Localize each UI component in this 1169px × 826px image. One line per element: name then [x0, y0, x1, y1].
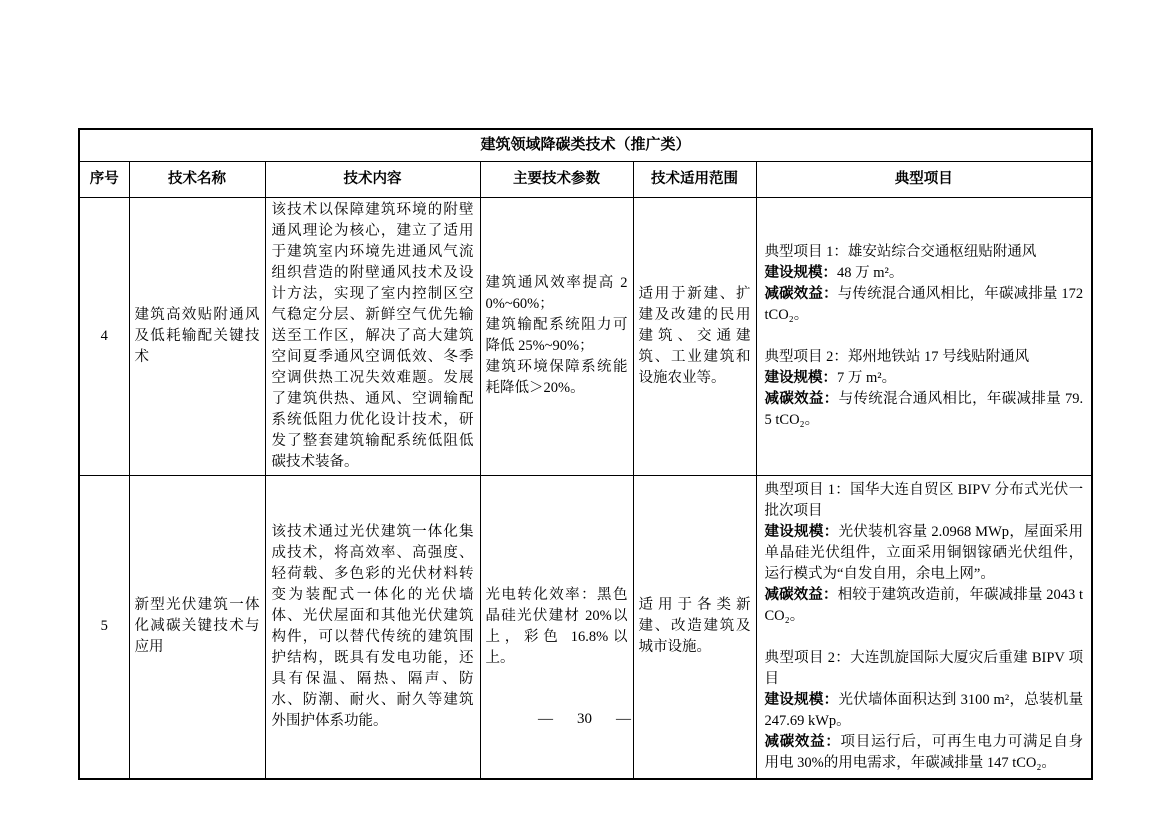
col-header-tech-name: 技术名称 [129, 161, 265, 197]
typical-project: 典型项目 2：郑州地铁站 17 号线贴附通风 建设规模：7 万 m²。 减碳效益… [765, 347, 1084, 431]
carbon-reduction-tech-table: 建筑领域降碳类技术（推广类） 序号 技术名称 技术内容 主要技术参数 技术适用范… [78, 128, 1093, 780]
project-title: 典型项目 2：大连凯旋国际大厦灾后重建 BIPV 项目 [765, 648, 1084, 690]
cell-row-number: 4 [79, 197, 129, 475]
scale-label: 建设规模： [765, 692, 839, 708]
cell-row-number: 5 [79, 475, 129, 779]
col-header-tech-scope: 技术适用范围 [633, 161, 756, 197]
cell-tech-name: 建筑高效贴附通风及低耗输配关键技术 [129, 197, 265, 475]
col-header-tech-params: 主要技术参数 [480, 161, 633, 197]
project-benefit-line: 减碳效益：与传统混合通风相比，年碳减排量 79.5 tCO₂。 [765, 389, 1084, 431]
table-row: 5 新型光伏建筑一体化减碳关键技术与应用 该技术通过光伏建筑一体化集成技术，将高… [79, 475, 1092, 779]
benefit-label: 减碳效益： [765, 391, 839, 407]
project-benefit-line: 减碳效益：相较于建筑改造前，年碳减排量 2043 tCO₂。 [765, 585, 1084, 627]
project-title: 典型项目 1：雄安站综合交通枢纽贴附通风 [765, 242, 1084, 263]
project-title: 典型项目 1：国华大连自贸区 BIPV 分布式光伏一批次项目 [765, 480, 1084, 522]
col-header-no: 序号 [79, 161, 129, 197]
col-header-typical-projects: 典型项目 [756, 161, 1092, 197]
project-title: 典型项目 2：郑州地铁站 17 号线贴附通风 [765, 347, 1084, 368]
param-line: 建筑通风效率提高 20%~60%； [486, 273, 628, 315]
project-scale-line: 建设规模：7 万 m²。 [765, 368, 1084, 389]
project-scale-line: 建设规模：光伏装机容量 2.0968 MWp，屋面采用单晶硅光伏组件，立面采用铜… [765, 522, 1084, 585]
typical-project: 典型项目 1：国华大连自贸区 BIPV 分布式光伏一批次项目 建设规模：光伏装机… [765, 480, 1084, 627]
scale-label: 建设规模： [765, 524, 839, 540]
scale-value: 48 万 m²。 [837, 265, 903, 281]
table-title: 建筑领域降碳类技术（推广类） [79, 129, 1092, 161]
table-title-row: 建筑领域降碳类技术（推广类） [79, 129, 1092, 161]
param-line: 光电转化效率：黑色晶硅光伏建材 20%以上，彩色 16.8%以上。 [486, 585, 628, 669]
page-number: —30— [0, 711, 1169, 728]
page-number-value: 30 [577, 711, 592, 727]
param-line: 建筑输配系统阻力可降低 25%~90%； [486, 315, 628, 357]
typical-project: 典型项目 1：雄安站综合交通枢纽贴附通风 建设规模：48 万 m²。 减碳效益：… [765, 242, 1084, 326]
scale-label: 建设规模： [765, 370, 838, 386]
scale-label: 建设规模： [765, 265, 838, 281]
param-line: 建筑环境保障系统能耗降低＞20%。 [486, 357, 628, 399]
table-row: 4 建筑高效贴附通风及低耗输配关键技术 该技术以保障建筑环境的附壁通风理论为核心… [79, 197, 1092, 475]
cell-tech-scope: 适用于新建、扩建及改建的民用建筑、交通建筑、工业建筑和设施农业等。 [633, 197, 756, 475]
benefit-label: 减碳效益： [765, 587, 838, 603]
page-number-left-dash: — [538, 711, 553, 727]
cell-typical-projects: 典型项目 1：国华大连自贸区 BIPV 分布式光伏一批次项目 建设规模：光伏装机… [756, 475, 1092, 779]
cell-tech-content: 该技术通过光伏建筑一体化集成技术，将高效率、高强度、轻荷载、多色彩的光伏材料转变… [265, 475, 480, 779]
cell-typical-projects: 典型项目 1：雄安站综合交通枢纽贴附通风 建设规模：48 万 m²。 减碳效益：… [756, 197, 1092, 475]
cell-tech-name: 新型光伏建筑一体化减碳关键技术与应用 [129, 475, 265, 779]
document-page: 建筑领域降碳类技术（推广类） 序号 技术名称 技术内容 主要技术参数 技术适用范… [0, 0, 1169, 826]
project-benefit-line: 减碳效益：项目运行后，可再生电力可满足自身用电 30%的用电需求，年碳减排量 1… [765, 732, 1084, 774]
cell-tech-params: 光电转化效率：黑色晶硅光伏建材 20%以上，彩色 16.8%以上。 [480, 475, 633, 779]
cell-tech-params: 建筑通风效率提高 20%~60%； 建筑输配系统阻力可降低 25%~90%； 建… [480, 197, 633, 475]
cell-tech-scope: 适用于各类新建、改造建筑及城市设施。 [633, 475, 756, 779]
scale-value: 7 万 m²。 [837, 370, 896, 386]
benefit-label: 减碳效益： [765, 286, 838, 302]
benefit-label: 减碳效益： [765, 734, 841, 750]
col-header-tech-content: 技术内容 [265, 161, 480, 197]
cell-tech-content: 该技术以保障建筑环境的附壁通风理论为核心，建立了适用于建筑室内环境先进通风气流组… [265, 197, 480, 475]
page-number-right-dash: — [616, 711, 631, 727]
project-scale-line: 建设规模：48 万 m²。 [765, 263, 1084, 284]
table-header-row: 序号 技术名称 技术内容 主要技术参数 技术适用范围 典型项目 [79, 161, 1092, 197]
project-benefit-line: 减碳效益：与传统混合通风相比，年碳减排量 172 tCO₂。 [765, 284, 1084, 326]
